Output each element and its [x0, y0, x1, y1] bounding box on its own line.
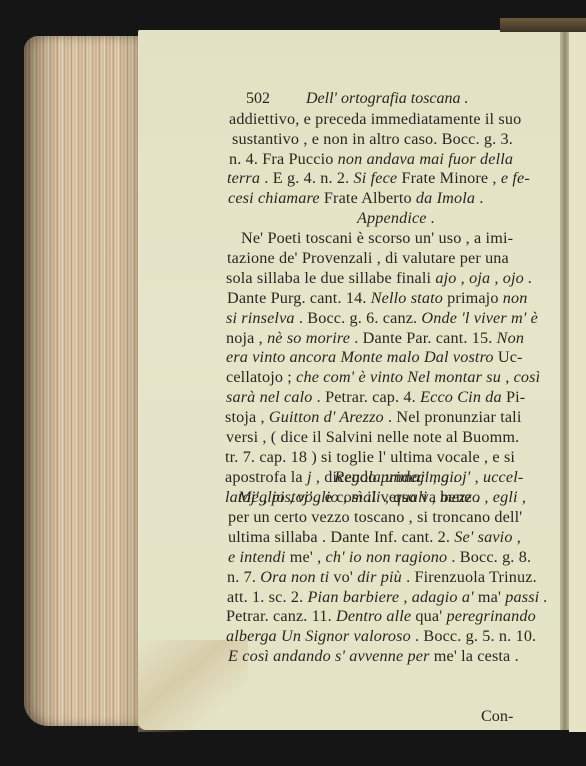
- text-line: alberga Un Signor valoroso . Bocc. g. 5.…: [226, 626, 536, 646]
- roman-text: . Dante Par. cant. 15.: [350, 329, 497, 347]
- italic-text: alberga Un Signor valoroso: [226, 627, 411, 645]
- roman-text: cellatojo ;: [226, 368, 296, 386]
- roman-text: Ne' Poeti toscani è scorso un' uso , a i…: [241, 229, 513, 247]
- italic-text: Dentro alle: [336, 607, 411, 625]
- roman-text: primajo: [443, 289, 503, 307]
- italic-text: Si fece: [354, 169, 398, 187]
- roman-text: addiettivo, e preceda immediatamente il …: [229, 110, 521, 128]
- roman-text: Pi-: [502, 388, 526, 406]
- text-line: sarà nel calo . Petrar. cap. 4. Ecco Cin…: [226, 387, 525, 407]
- text-line: Ne' Poeti toscani è scorso un' uso , a i…: [241, 228, 513, 248]
- text-line: tr. 7. cap. 18 ) si toglie l' ultima voc…: [225, 447, 515, 467]
- roman-text: Dante Purg. cant. 14.: [227, 289, 371, 307]
- italic-text: Nello stato: [371, 289, 443, 307]
- italic-text: Meglio , voglio , mali , quali , mezzo ,…: [238, 488, 526, 506]
- roman-text: . Firenzuola Trinuz.: [402, 568, 537, 586]
- roman-text: .: [475, 189, 483, 207]
- roman-text: . Bocc. g. 5. n. 10.: [411, 627, 536, 645]
- roman-text: versi , ( dice il Salvini nelle note al …: [226, 428, 519, 446]
- roman-text: qua': [411, 607, 446, 625]
- italic-text: Pian barbiere , adagio a': [307, 588, 473, 606]
- italic-text: Onde 'l viver m' è: [421, 309, 538, 327]
- text-line: sustantivo , e non in altro caso. Bocc. …: [232, 129, 513, 149]
- roman-text: . E g. 4. n. 2.: [260, 169, 353, 187]
- roman-text: per un certo vezzo toscano , si troncano…: [228, 508, 522, 526]
- roman-text: Petrar. canz. 11.: [226, 607, 336, 625]
- italic-text: non andava mai fuor della: [338, 150, 514, 168]
- italic-text: si rinselva: [226, 309, 295, 327]
- italic-text: cesi chiamare: [228, 189, 320, 207]
- roman-text: . Petrar. cap. 4.: [312, 388, 420, 406]
- text-line: addiettivo, e preceda immediatamente il …: [229, 109, 521, 129]
- roman-text: tr. 7. cap. 18 ) si toglie l' ultima voc…: [225, 448, 515, 466]
- italic-text: passi .: [505, 588, 547, 606]
- text-line: e intendi me' , ch' io non ragiono . Boc…: [228, 547, 531, 567]
- page-text: 502Dell' ortografia toscana . addiettivo…: [0, 0, 586, 766]
- italic-text: era vinto ancora Monte malo Dal vostro: [226, 348, 494, 366]
- text-line: att. 1. sc. 2. Pian barbiere , adagio a'…: [227, 587, 548, 607]
- roman-text: . Nel pronunziar tali: [384, 408, 522, 426]
- roman-text: stoja ,: [225, 408, 269, 426]
- italic-text: Ecco Cin da: [420, 388, 502, 406]
- text-line: cesi chiamare Frate Alberto da Imola .: [228, 188, 484, 208]
- text-line: sola sillaba le due sillabe finali ajo ,…: [226, 268, 532, 288]
- roman-text: n. 4. Fra Puccio: [229, 150, 338, 168]
- roman-text: att. 1. sc. 2.: [227, 588, 307, 606]
- italic-text: Non: [497, 329, 524, 347]
- roman-text: sustantivo , e non in altro caso. Bocc. …: [232, 130, 513, 148]
- roman-text: me' ,: [286, 548, 326, 566]
- italic-text: da Imola: [416, 189, 475, 207]
- italic-text: E così andando s' avvenne per: [228, 647, 430, 665]
- roman-text: vo': [329, 568, 357, 586]
- heading-regola: Regola undecima .: [226, 467, 566, 487]
- text-line: noja , nè so morire . Dante Par. cant. 1…: [226, 328, 524, 348]
- roman-text: Frate Minore ,: [397, 169, 501, 187]
- text-line: n. 7. Ora non ti vo' dir più . Firenzuol…: [227, 567, 537, 587]
- text-line: n. 4. Fra Puccio non andava mai fuor del…: [229, 149, 513, 169]
- roman-text: . Bocc. g. 8.: [447, 548, 531, 566]
- text-line: ultima sillaba . Dante Inf. cant. 2. Se'…: [228, 527, 521, 547]
- text-line: tazione de' Provenzali , di valutare per…: [227, 248, 509, 268]
- roman-text: . Bocc. g. 6. canz.: [295, 309, 422, 327]
- italic-text: che com' è vinto Nel montar su , così: [296, 368, 540, 386]
- roman-text: noja ,: [226, 329, 267, 347]
- text-line: stoja , Guitton d' Arezzo . Nel pronunzi…: [225, 407, 521, 427]
- italic-text: ch' io non ragiono: [325, 548, 447, 566]
- italic-text: e intendi: [228, 548, 286, 566]
- italic-text: peregrinando: [447, 607, 536, 625]
- text-line: E così andando s' avvenne per me' la ces…: [228, 646, 519, 666]
- italic-text: nè so morire: [267, 329, 350, 347]
- text-line: terra . E g. 4. n. 2. Si fece Frate Mino…: [227, 168, 530, 188]
- page-number: 502: [246, 90, 306, 108]
- roman-text: Uc-: [494, 348, 523, 366]
- roman-text: n. 7.: [227, 568, 260, 586]
- italic-text: non: [503, 289, 528, 307]
- italic-text: terra: [227, 169, 260, 187]
- roman-text: tazione de' Provenzali , di valutare per…: [227, 249, 509, 267]
- roman-text: sola sillaba le due sillabe finali: [226, 269, 435, 287]
- text-line: Petrar. canz. 11. Dentro alle qua' pereg…: [226, 606, 536, 626]
- italic-text: sarà nel calo: [226, 388, 312, 406]
- text-line: Meglio , voglio , mali , quali , mezzo ,…: [238, 487, 526, 507]
- italic-text: e fe-: [501, 169, 530, 187]
- page-header: 502Dell' ortografia toscana .: [246, 90, 469, 108]
- text-line: cellatojo ; che com' è vinto Nel montar …: [226, 367, 540, 387]
- italic-text: ajo , oja , ojo .: [435, 269, 532, 287]
- italic-text: Ora non ti: [260, 568, 329, 586]
- italic-text: Se' savio ,: [454, 528, 521, 546]
- text-line: si rinselva . Bocc. g. 6. canz. Onde 'l …: [226, 308, 538, 328]
- text-line: era vinto ancora Monte malo Dal vostro U…: [226, 347, 523, 367]
- heading-appendice: Appendice .: [226, 208, 566, 228]
- text-line: versi , ( dice il Salvini nelle note al …: [226, 427, 519, 447]
- italic-text: Guitton d' Arezzo: [269, 408, 384, 426]
- roman-text: Frate Alberto: [320, 189, 416, 207]
- roman-text: ma': [474, 588, 506, 606]
- roman-text: me' la cesta .: [430, 647, 519, 665]
- text-line: per un certo vezzo toscano , si troncano…: [228, 507, 522, 527]
- text-line: Dante Purg. cant. 14. Nello stato primaj…: [227, 288, 528, 308]
- roman-text: ultima sillaba . Dante Inf. cant. 2.: [228, 528, 454, 546]
- catchword: Con-: [481, 707, 513, 726]
- running-head: Dell' ortografia toscana .: [306, 90, 469, 107]
- italic-text: dir più: [357, 568, 402, 586]
